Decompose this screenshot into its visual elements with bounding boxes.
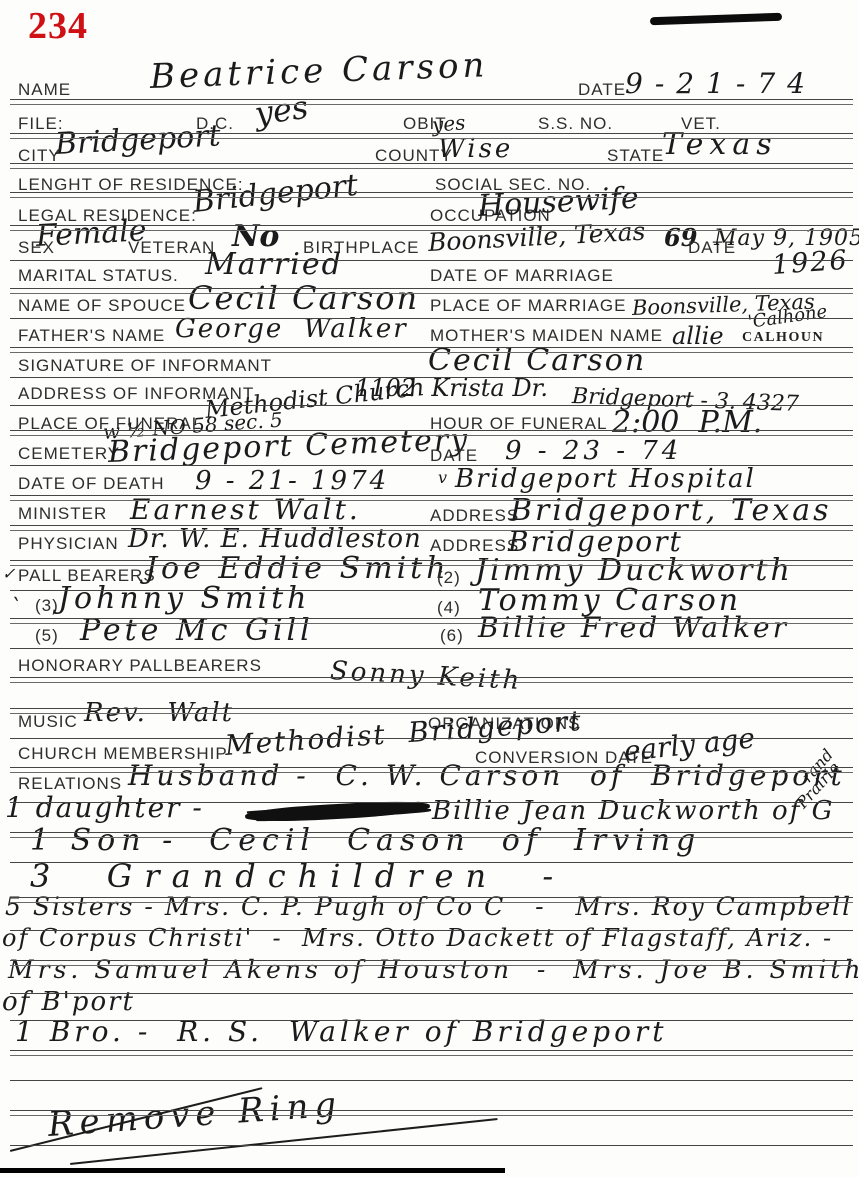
ruled-line [10, 648, 853, 649]
date-label: DATE [578, 80, 626, 100]
ruled-line [10, 1080, 853, 1081]
ruled-line [10, 318, 853, 319]
ruled-line [10, 897, 853, 898]
ruled-line [10, 930, 853, 931]
ruled-line [10, 197, 853, 198]
ruled-line [10, 293, 853, 294]
date-of-death-value: 9 - 21- 1974 [195, 468, 389, 494]
minister-label: MINISTER [18, 504, 107, 524]
pen-dash-mark [650, 13, 782, 26]
occupation-value: Housewife [477, 184, 639, 222]
ruled-line [10, 902, 853, 903]
ruled-line [10, 965, 853, 966]
ruled-line [10, 1145, 853, 1146]
cemetery-date-value: 9 - 23 - 74 [505, 438, 682, 464]
fathers-name-label: FATHER'S NAME [18, 326, 165, 346]
ruled-line [10, 352, 853, 353]
hour-of-funeral-value: 2:00 P.M. [612, 408, 762, 438]
relations-line-grandchildren: 3 Grandchildren - [30, 860, 565, 892]
pall-bearer-1-value: Joe Eddie Smith [145, 554, 450, 584]
music-label: MUSIC [18, 712, 78, 732]
signature-of-informant-value: Cecil Carson [428, 346, 646, 376]
ruled-line [10, 862, 853, 863]
minister-address-label: ADDRESS [430, 506, 519, 526]
ruled-line [10, 560, 853, 561]
ruled-line [10, 682, 853, 683]
ruled-line [10, 465, 853, 466]
ruled-line [10, 435, 853, 436]
ruled-line [10, 837, 853, 838]
check-mark: ✓ [2, 566, 15, 582]
ruled-line [10, 430, 853, 431]
ruled-line [10, 1055, 853, 1056]
ruled-line [10, 168, 853, 169]
date-of-marriage-label: DATE OF MARRIAGE [430, 266, 614, 286]
ruled-line [10, 260, 853, 261]
ruled-line [10, 623, 853, 624]
ruled-line [10, 405, 853, 406]
honorary-pallbearers-label: HONORARY PALLBEARERS [18, 656, 262, 676]
ruled-line [10, 738, 853, 739]
cemetery-date-label: DATE [430, 446, 478, 466]
dc-value: yes [253, 91, 310, 130]
marital-status-label: MARITAL STATUS. [18, 266, 179, 286]
pall-bearer-2-label: (2) [437, 568, 461, 588]
ruled-line [10, 230, 853, 231]
ruled-line [10, 677, 853, 678]
ruled-line [10, 802, 853, 803]
fathers-name-value: George Walker [175, 316, 408, 342]
ruled-line [10, 993, 853, 994]
ruled-line [10, 618, 853, 619]
ruled-line [10, 163, 853, 164]
ruled-line [10, 104, 853, 105]
pall-bearer-3-label: (3) [35, 596, 59, 616]
name-of-spouse-label: NAME OF SPOUCE [18, 296, 186, 316]
ruled-line [10, 1050, 853, 1051]
ruled-line [10, 530, 853, 531]
ssn-label: S.S. NO. [538, 114, 613, 134]
ruled-line [10, 225, 853, 226]
ruled-line [10, 1020, 853, 1021]
ruled-line [10, 500, 853, 501]
name-label: NAME [18, 80, 71, 100]
relations-line-son: 1 Son - Cecil Cason of Irving [30, 826, 701, 856]
ruled-line [10, 713, 853, 714]
name-value: Beatrice Carson [149, 48, 488, 94]
ruled-line [10, 133, 853, 134]
mothers-maiden-name-value: allie [672, 324, 724, 348]
pall-bearer-5-value: Pete Mc Gill [80, 616, 314, 646]
physician-label: PHYSICIAN [18, 534, 119, 554]
ruled-line [10, 960, 853, 961]
ruled-line [10, 347, 853, 348]
pall-bearer-3-value: Johnny Smith [58, 584, 311, 614]
date-of-death-label: DATE OF DEATH [18, 474, 165, 494]
ruled-line [10, 832, 853, 833]
ruled-line [10, 288, 853, 289]
physician-address-value: Bridgeport [508, 528, 683, 556]
signature-of-informant-label: SIGNATURE OF INFORMANT [18, 356, 272, 376]
ruled-line [10, 1110, 853, 1111]
ruled-line [10, 1115, 853, 1116]
ruled-line [10, 99, 853, 100]
tick-mark: ` [10, 598, 21, 620]
ruled-line [10, 377, 853, 378]
ruled-line [10, 525, 853, 526]
pall-bearer-4-label: (4) [437, 598, 461, 618]
obit-value: yes [431, 112, 466, 135]
pall-bearer-6-label: (6) [440, 626, 464, 646]
ruled-line [10, 708, 853, 709]
ruled-line [10, 590, 853, 591]
ruled-line [10, 565, 853, 566]
relations-line-brother: 1 Bro. - R. S. Walker of Bridgeport [15, 1018, 668, 1046]
date-value: 9-21-74 [625, 70, 817, 98]
state-value: Texas [662, 130, 778, 160]
veteran-label: VETERAN [128, 238, 215, 258]
name-of-spouse-value: Cecil Carson [188, 282, 419, 314]
ruled-line [10, 192, 853, 193]
page-number: 234 [28, 4, 88, 48]
place-of-marriage-label: PLACE OF MARRIAGE [430, 296, 626, 316]
pall-bearer-5-label: (5) [35, 626, 59, 646]
form-page: 234 NAME Beatrice Carson DATE 9-21-74 FI… [0, 0, 859, 1177]
marital-status-value: Married [205, 250, 343, 280]
ruled-line [10, 772, 853, 773]
cemetery-label: CEMETERY [18, 444, 120, 464]
hospital-tick-mark: v [438, 470, 447, 486]
ruled-line [10, 495, 853, 496]
mothers-maiden-name-printed: CALHOUN [742, 330, 824, 346]
ruled-line [10, 767, 853, 768]
city-value: Bridgeport [54, 121, 221, 160]
county-value: Wise [438, 136, 513, 162]
scan-edge-bar [0, 1168, 505, 1173]
ruled-line [10, 138, 853, 139]
relations-line-daughter: 1 daughter - [5, 794, 204, 822]
place-of-death-value: Bridgeport Hospital [455, 466, 756, 492]
date-of-marriage-value: 1926 [771, 247, 849, 279]
